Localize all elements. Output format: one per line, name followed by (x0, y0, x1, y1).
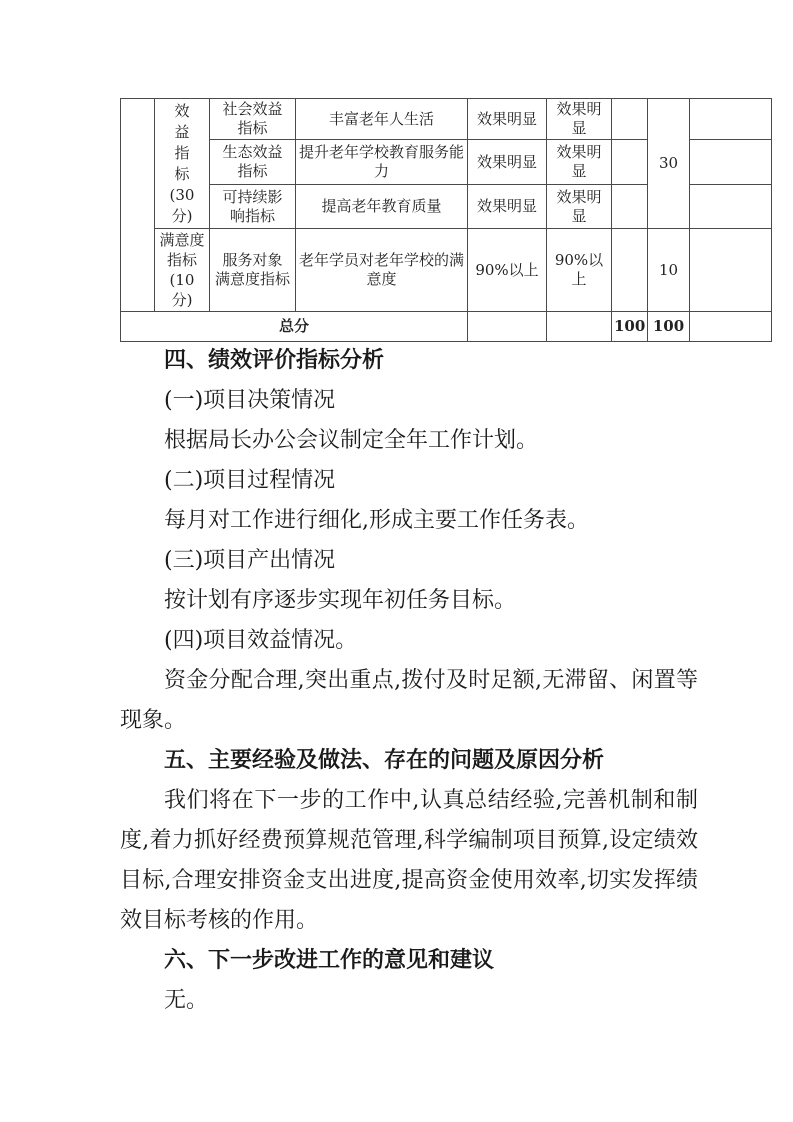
row3-indicator-cell: 可持续影 响指标 (210, 185, 296, 229)
row2-score-blank-cell (612, 140, 648, 185)
subsection-heading-4-4: (四)项目效益情况。 (120, 621, 698, 661)
row3-description-cell: 提高老年教育质量 (296, 185, 468, 229)
total-blank-cell (547, 312, 612, 342)
total-label-cell: 总分 (121, 312, 468, 342)
row3-actual-cell: 效果明 显 (547, 185, 612, 229)
row2-description-cell: 提升老年学校教育服务能 力 (296, 140, 468, 185)
paragraph-process: 每月对工作进行细化,形成主要工作任务表。 (120, 501, 698, 541)
row1-notes-blank-cell (690, 99, 772, 140)
row1-actual-cell: 效果明 显 (547, 99, 612, 140)
row2-target-cell: 效果明显 (468, 140, 547, 185)
section-heading-5: 五、主要经验及做法、存在的问题及原因分析 (120, 741, 698, 781)
row2-actual-cell: 效果明 显 (547, 140, 612, 185)
satisfaction-indicator-group-cell: 满意度 指标 (10 分) (155, 229, 210, 312)
row3-score-blank-cell (612, 185, 648, 229)
subsection-heading-4-2: (二)项目过程情况 (120, 461, 698, 501)
row1-target-cell: 效果明显 (468, 99, 547, 140)
total-score-b-cell: 100 (648, 312, 690, 342)
paragraph-experience: 我们将在下一步的工作中,认真总结经验,完善机制和制度,着力抓好经费预算规范管理,… (120, 781, 698, 941)
paragraph-output: 按计划有序逐步实现年初任务目标。 (120, 581, 698, 621)
total-ghost-cell (468, 312, 547, 342)
subsection-heading-4-3: (三)项目产出情况 (120, 541, 698, 581)
row4-score-blank-cell (612, 229, 648, 312)
paragraph-decision: 根据局长办公会议制定全年工作计划。 (120, 421, 698, 461)
paragraph-benefit: 资金分配合理,突出重点,拨付及时足额,无滞留、闲置等现象。 (120, 661, 698, 741)
table-total-row: 总分 100 100 (121, 312, 772, 342)
satisfaction-points-cell: 10 (648, 229, 690, 312)
document-page: 效 益 指 标 (30 分) 社会效益 指标 丰富老年人生活 效果明显 效果明 … (0, 0, 793, 1122)
paragraph-none: 无。 (120, 981, 698, 1021)
table-row: 效 益 指 标 (30 分) 社会效益 指标 丰富老年人生活 效果明显 效果明 … (121, 99, 772, 140)
table-row: 满意度 指标 (10 分) 服务对象 满意度指标 老年学员对老年学校的满 意度 … (121, 229, 772, 312)
performance-score-table: 效 益 指 标 (30 分) 社会效益 指标 丰富老年人生活 效果明显 效果明 … (120, 98, 772, 342)
row2-indicator-cell: 生态效益 指标 (210, 140, 296, 185)
row4-target-cell: 90%以上 (468, 229, 547, 312)
section-heading-6: 六、下一步改进工作的意见和建议 (120, 941, 698, 981)
row3-target-cell: 效果明显 (468, 185, 547, 229)
row4-description-cell: 老年学员对老年学校的满 意度 (296, 229, 468, 312)
row4-actual-cell: 90%以上 (547, 229, 612, 312)
row1-description-cell: 丰富老年人生活 (296, 99, 468, 140)
row1-indicator-cell: 社会效益 指标 (210, 99, 296, 140)
row1-score-blank-cell (612, 99, 648, 140)
level1-indicator-blank-cell (121, 99, 155, 312)
total-score-a-cell: 100 (612, 312, 648, 342)
row2-notes-blank-cell (690, 140, 772, 185)
row3-notes-blank-cell (690, 185, 772, 229)
row4-indicator-cell: 服务对象 满意度指标 (210, 229, 296, 312)
row4-notes-blank-cell (690, 229, 772, 312)
benefit-points-cell: 30 (648, 99, 690, 229)
subsection-heading-4-1: (一)项目决策情况 (120, 381, 698, 421)
total-notes-blank-cell (690, 312, 772, 342)
section-heading-4: 四、绩效评价指标分析 (120, 341, 698, 381)
document-body: 四、绩效评价指标分析 (一)项目决策情况 根据局长办公会议制定全年工作计划。 (… (120, 341, 698, 1021)
benefit-indicator-group-cell: 效 益 指 标 (30 分) (155, 99, 210, 229)
